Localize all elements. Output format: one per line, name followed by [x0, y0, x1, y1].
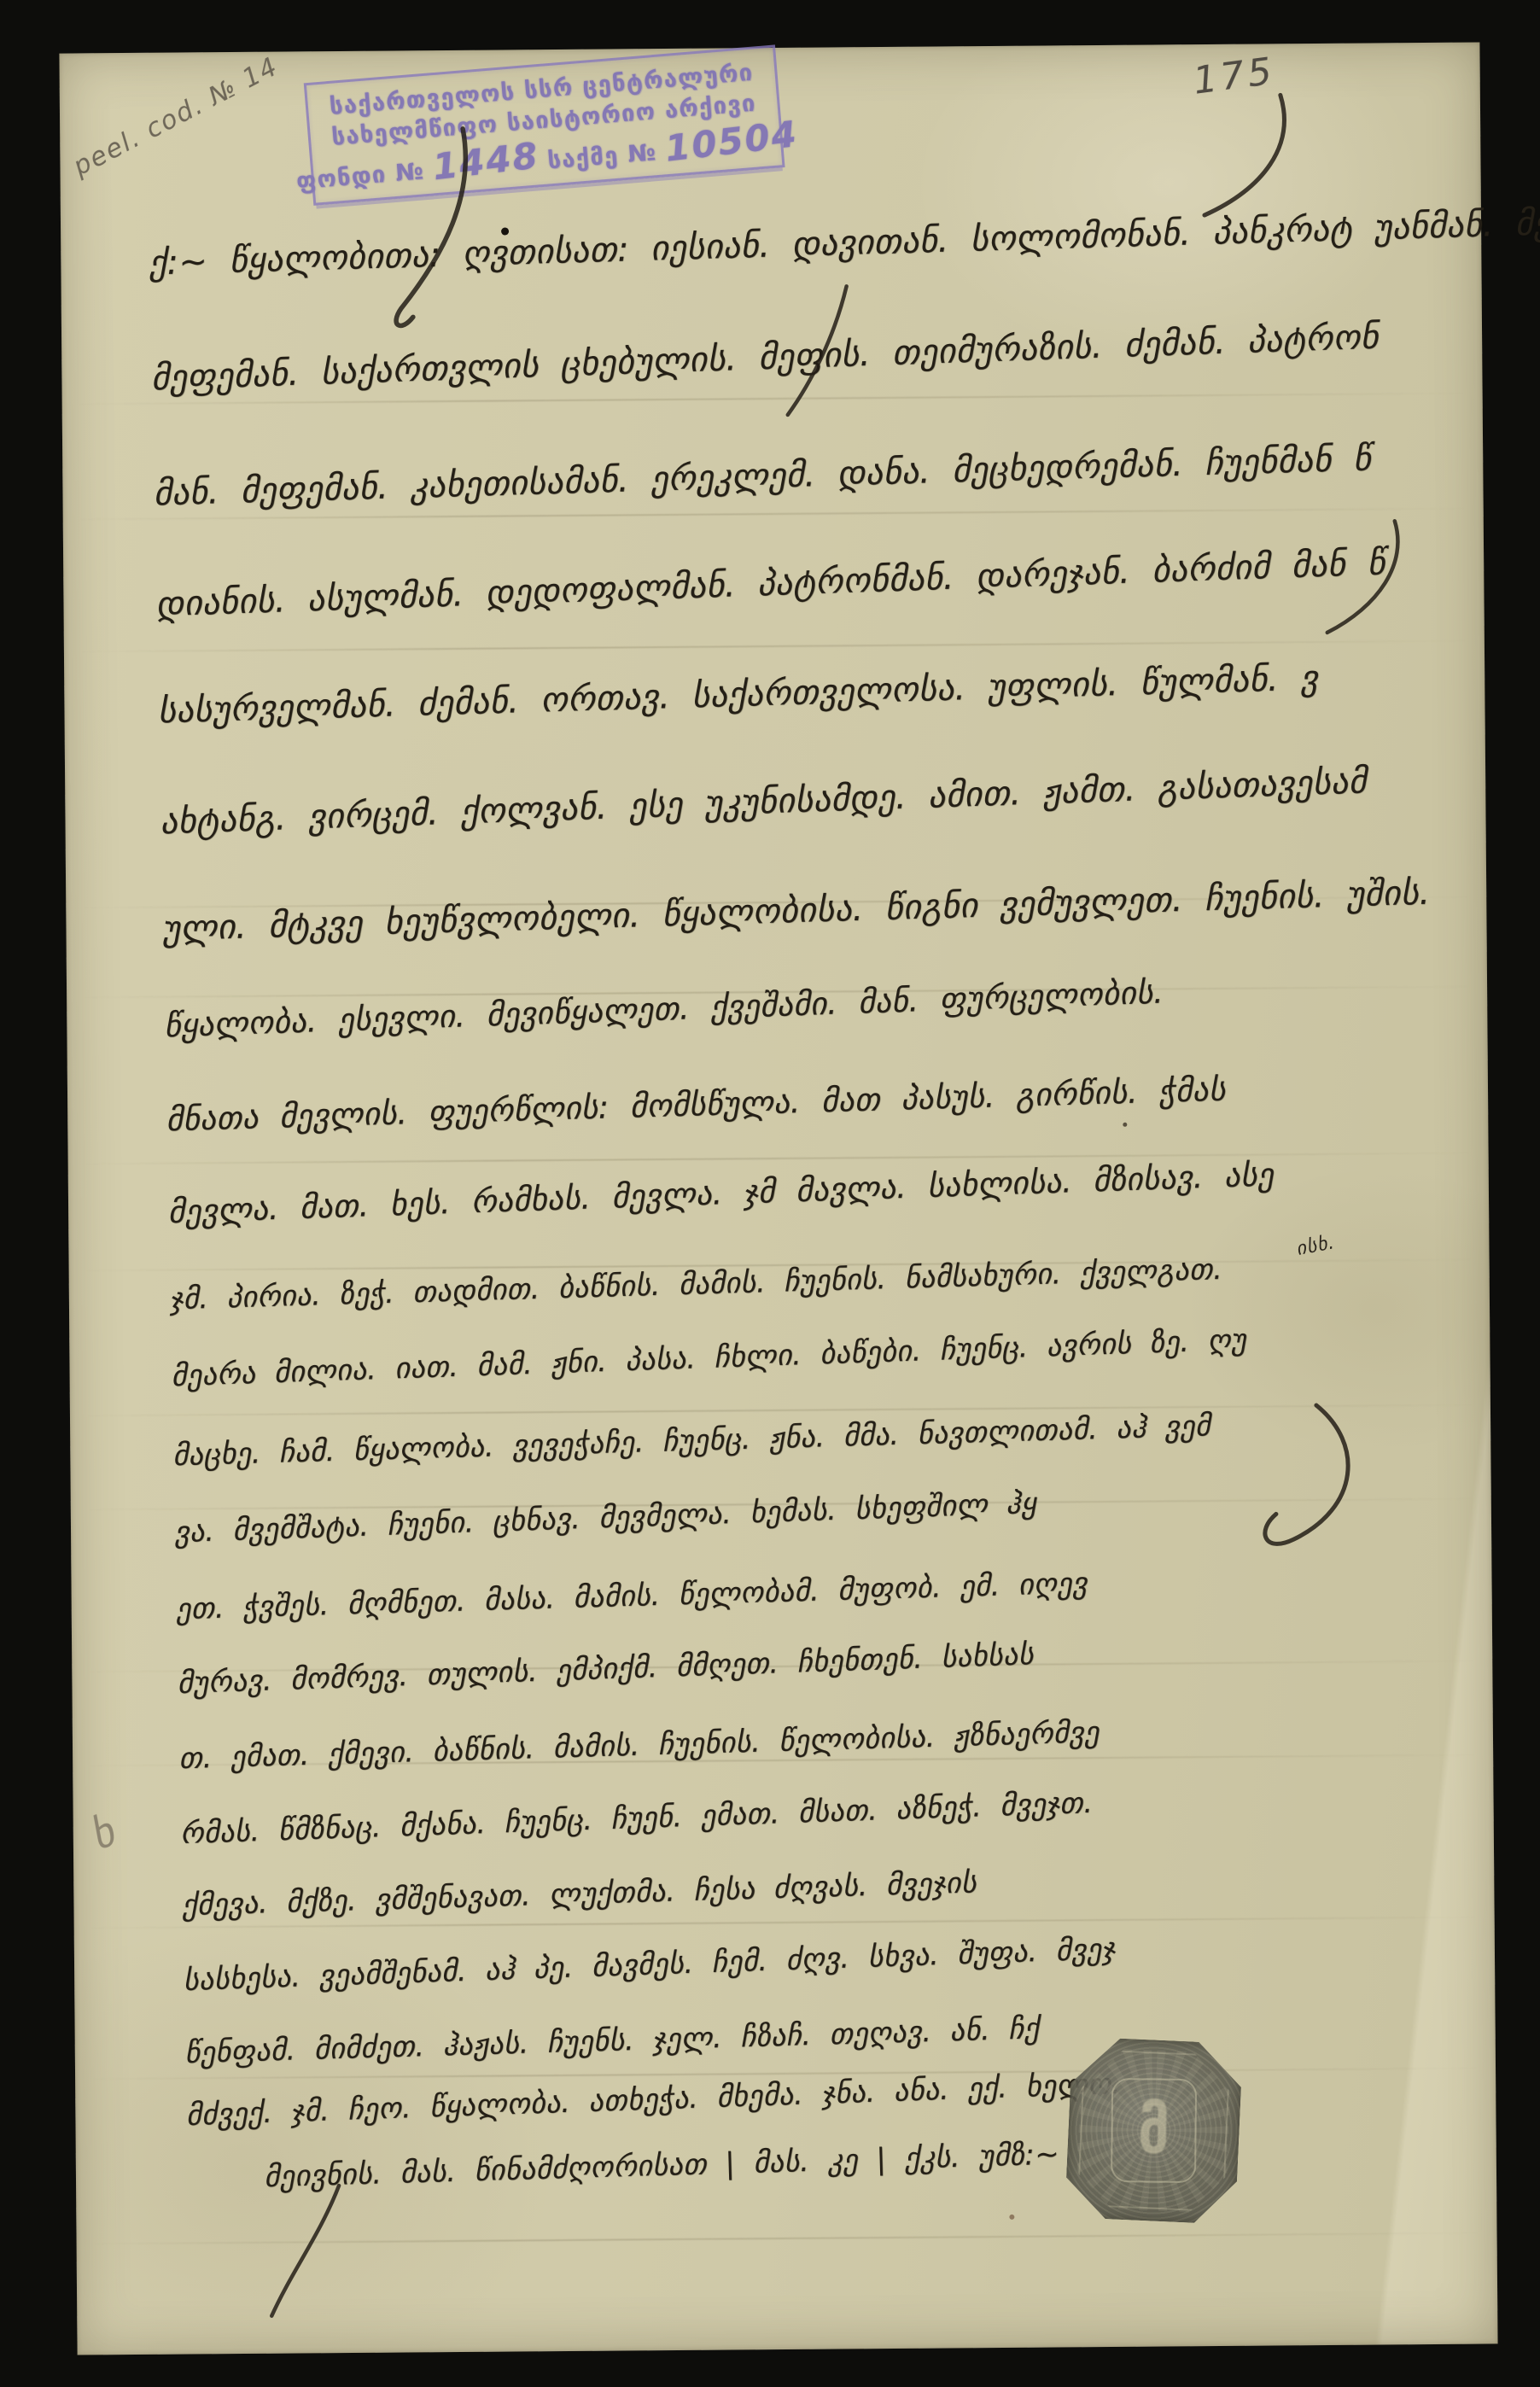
manuscript-line: ჯმ. პირია. ზეჭ. თადმით. ბაწნის. მამის. ჩ…	[169, 1245, 1489, 1316]
photo-background: { "document": { "page_number": "175", "p…	[0, 0, 1540, 2387]
ink-speck	[1123, 1123, 1127, 1127]
manuscript-line: მევლა. მათ. ხეს. რამხას. მევლა. ჯმ მავლა…	[167, 1149, 1487, 1231]
manuscript-line: სასხესა. ვეამშენამ. აჰ პე. მავმეს. ჩემ. …	[183, 1919, 1502, 1999]
manuscript-line: მეივნის. მას. წინამძღორისათ | მას. კე | …	[264, 2122, 1540, 2194]
ink-speck	[1009, 2215, 1014, 2220]
manuscript-line: დიანის. ასულმან. დედოფალმან. პატრონმან. …	[155, 540, 1475, 625]
manuscript-text-block: ქ:~ წყალობითა: ღვთისათ: იესიან. დავითან.…	[59, 25, 1525, 2355]
manuscript-line: მეფემან. საქართვლის ცხებულის. მეფის. თეი…	[150, 314, 1470, 399]
manuscript-paper: peel. cod. № 14 175 საქართველოს სსრ ცენტ…	[59, 43, 1497, 2355]
manuscript-line: ქ:~ წყალობითა: ღვთისათ: იესიან. დავითან.…	[149, 206, 1468, 283]
manuscript-line: მან. მეფემან. კახეთისამან. ერეკლემ. დანა…	[153, 436, 1473, 513]
ink-seal: მ	[1065, 2036, 1243, 2225]
manuscript-line: თ. ემათ. ქმევი. ბაწნის. მამის. ჩუენის. წ…	[178, 1704, 1498, 1776]
manuscript-line: მძვექ. ჯმ. ჩეო. წყალობა. ათხეჭა. მხემა. …	[185, 2054, 1504, 2133]
manuscript-line: სასურველმან. ძემან. ორთავ. საქართველოსა.…	[157, 654, 1477, 731]
manuscript-line: ქმევა. მქზე. ვმშენავათ. ლუქთმა. ჩესა ძღვ…	[181, 1851, 1501, 1923]
manuscript-line: მურავ. მომრევ. თულის. ემპიქმ. მმღეთ. ჩხე…	[177, 1622, 1496, 1701]
manuscript-line: ეთ. ჭვშეს. მღმნეთ. მასა. მამის. წელობამ.…	[175, 1555, 1495, 1626]
seal-cartouche: მ	[1111, 2078, 1197, 2183]
manuscript-line: მეარა მილია. იათ. მამ. ჟნი. პასა. ჩხლი. …	[171, 1315, 1490, 1394]
manuscript-line: წყალობა. ესევლი. მევიწყალეთ. ქვეშამი. მა…	[164, 963, 1484, 1045]
manuscript-line: ვა. მვემშატა. ჩუენი. ცხნავ. მევმელა. ხემ…	[174, 1471, 1493, 1550]
ink-speck	[501, 227, 509, 235]
manuscript-line: მაცხე. ჩამ. წყალობა. ვევეჭაჩე. ჩუენც. ჟნ…	[172, 1401, 1492, 1473]
manuscript-line: ული. მტკვე ხეუწვლობელი. წყალობისა. წიგნი…	[161, 872, 1481, 948]
manuscript-line: ახტანგ. ვირცემ. ქოლვან. ესე უკუნისამდე. …	[160, 758, 1479, 843]
seal-monogram: მ	[1137, 2092, 1170, 2168]
manuscript-line: რმას. წმზნაც. მქანა. ჩუენც. ჩუენ. ემათ. …	[180, 1772, 1499, 1852]
manuscript-line: მნათა მევლის. ფუერწლის: მომსწულა. მათ პა…	[166, 1064, 1485, 1138]
